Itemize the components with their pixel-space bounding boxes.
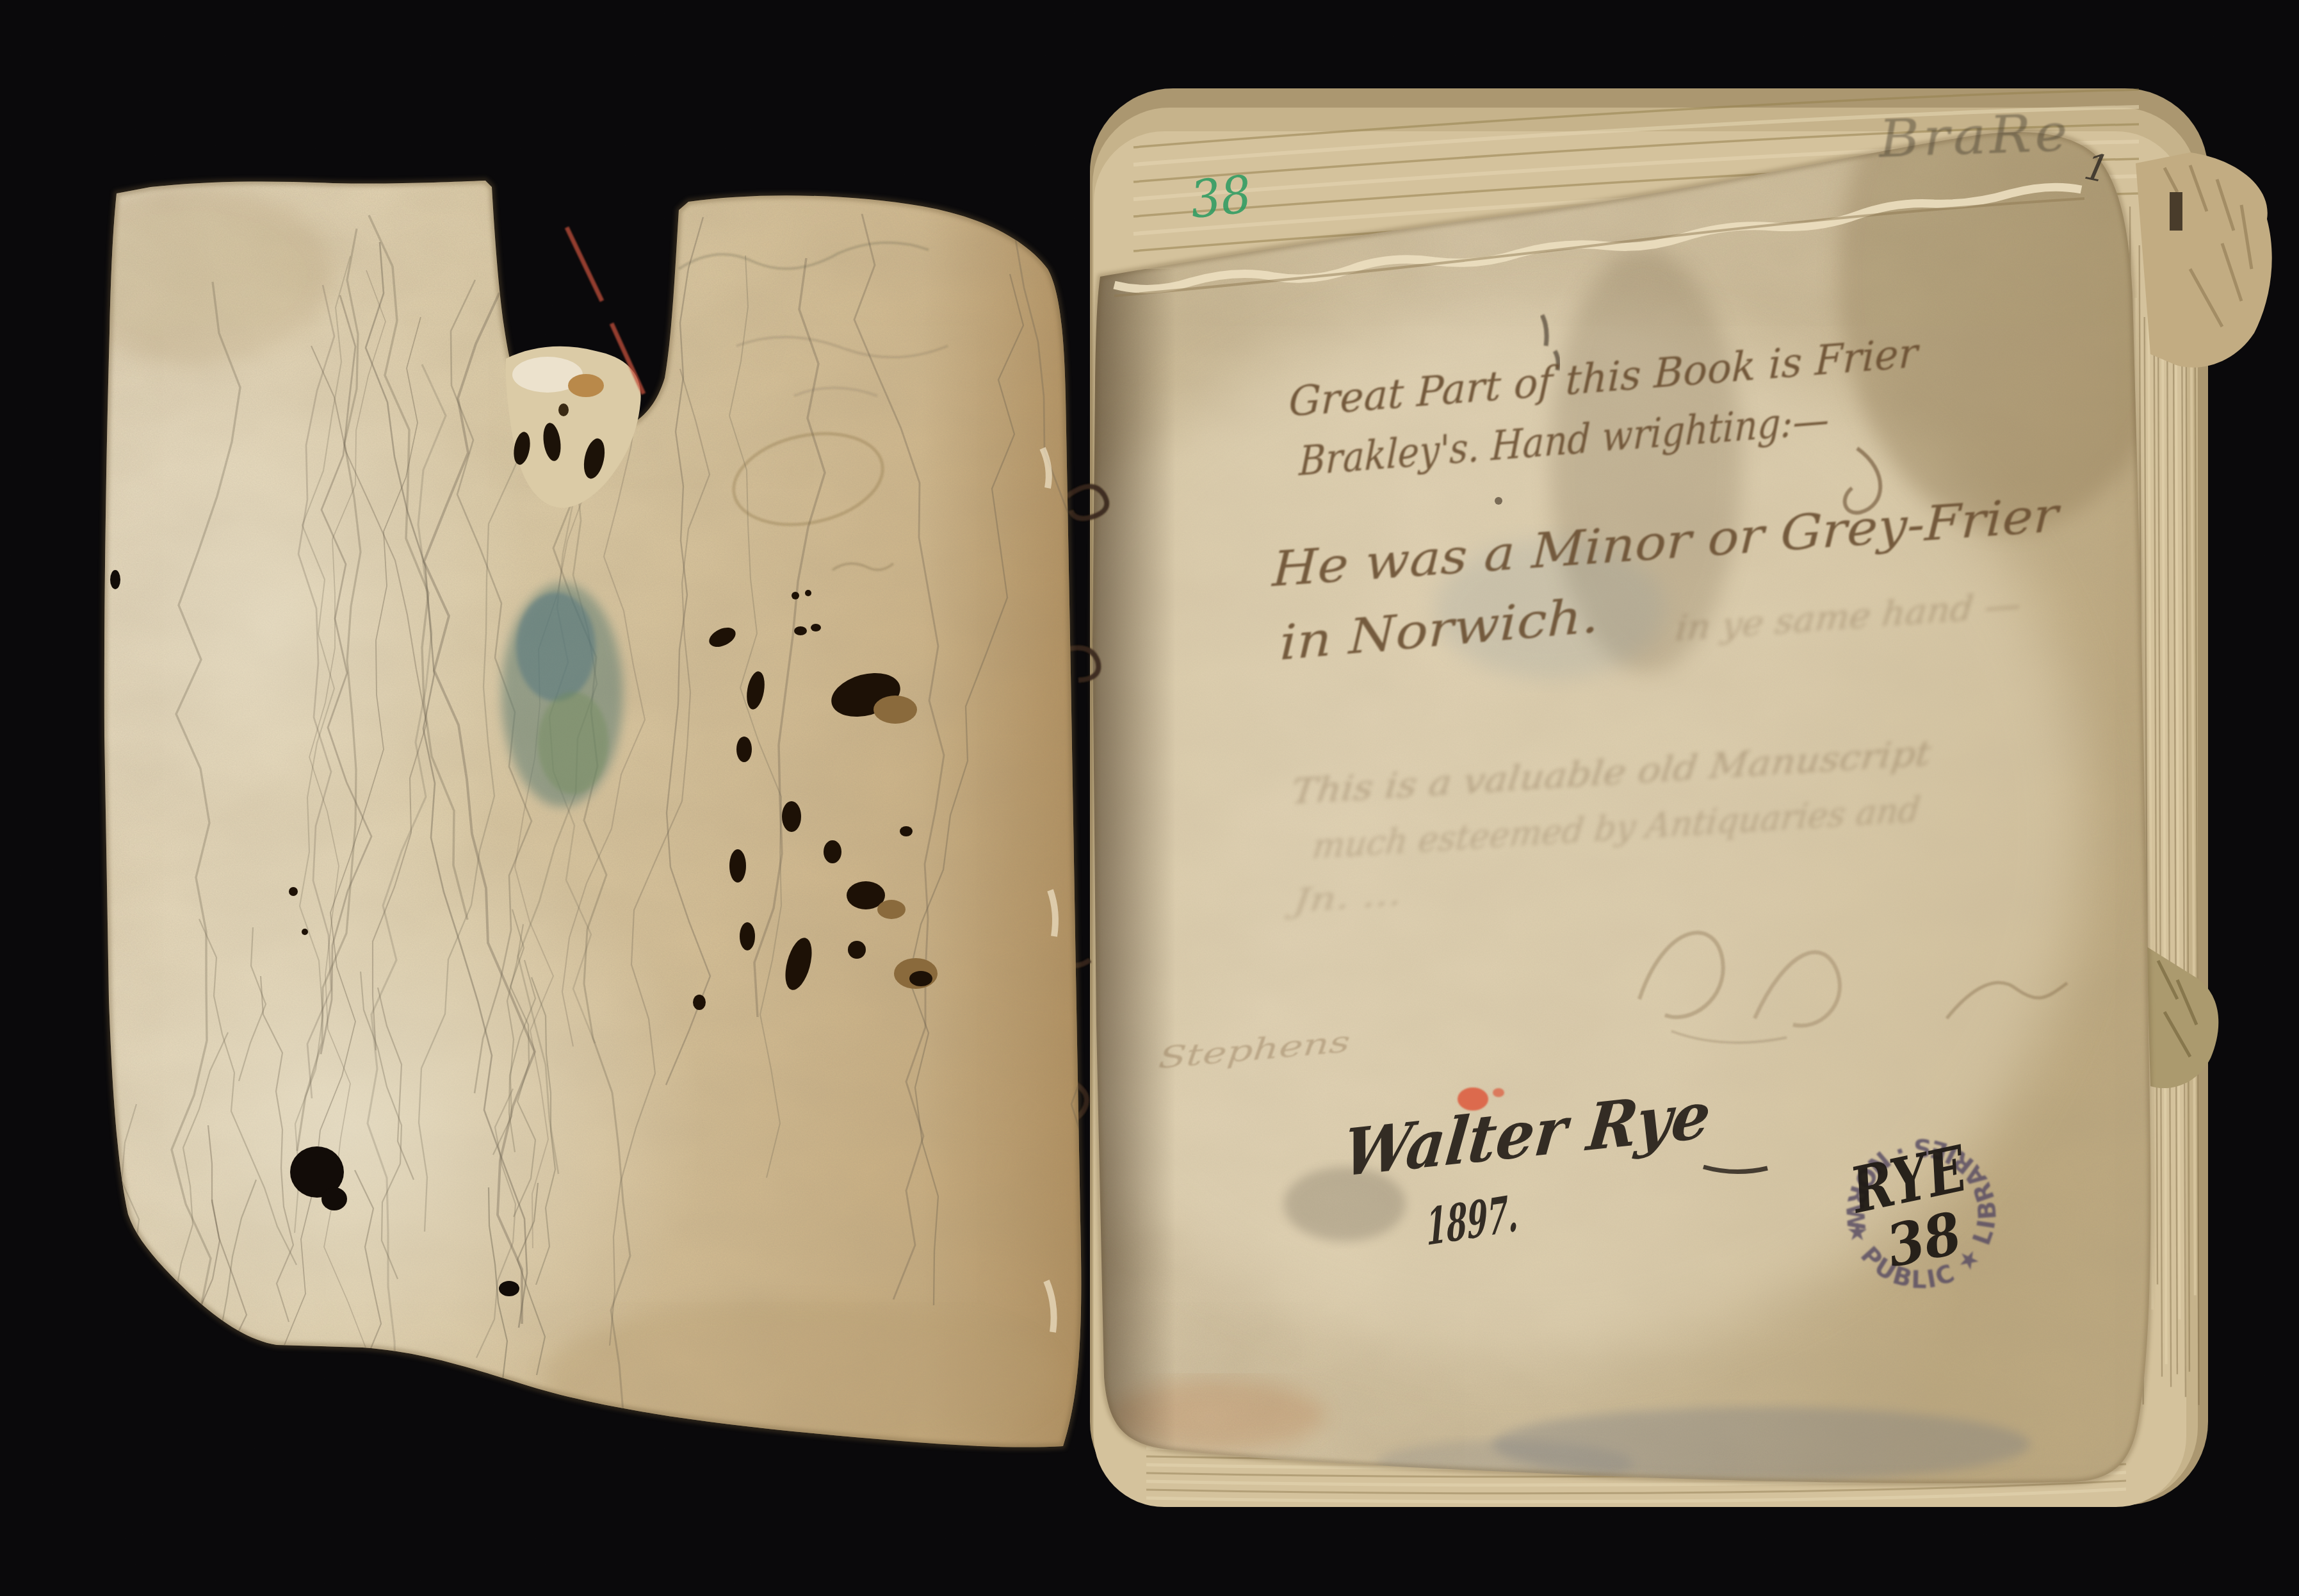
left-page bbox=[0, 173, 1114, 1460]
faded-cover-text: BraRe bbox=[1876, 103, 2072, 169]
torn-tab-upper bbox=[2136, 152, 2272, 368]
green-shelf-number: 38 bbox=[1187, 164, 1254, 229]
manuscript-scene: 38 BraRe 1 Great Part of this Book is Fr… bbox=[0, 0, 2299, 1596]
manuscript-photo: 38 BraRe 1 Great Part of this Book is Fr… bbox=[0, 0, 2299, 1596]
blue-green-stain bbox=[501, 583, 623, 807]
